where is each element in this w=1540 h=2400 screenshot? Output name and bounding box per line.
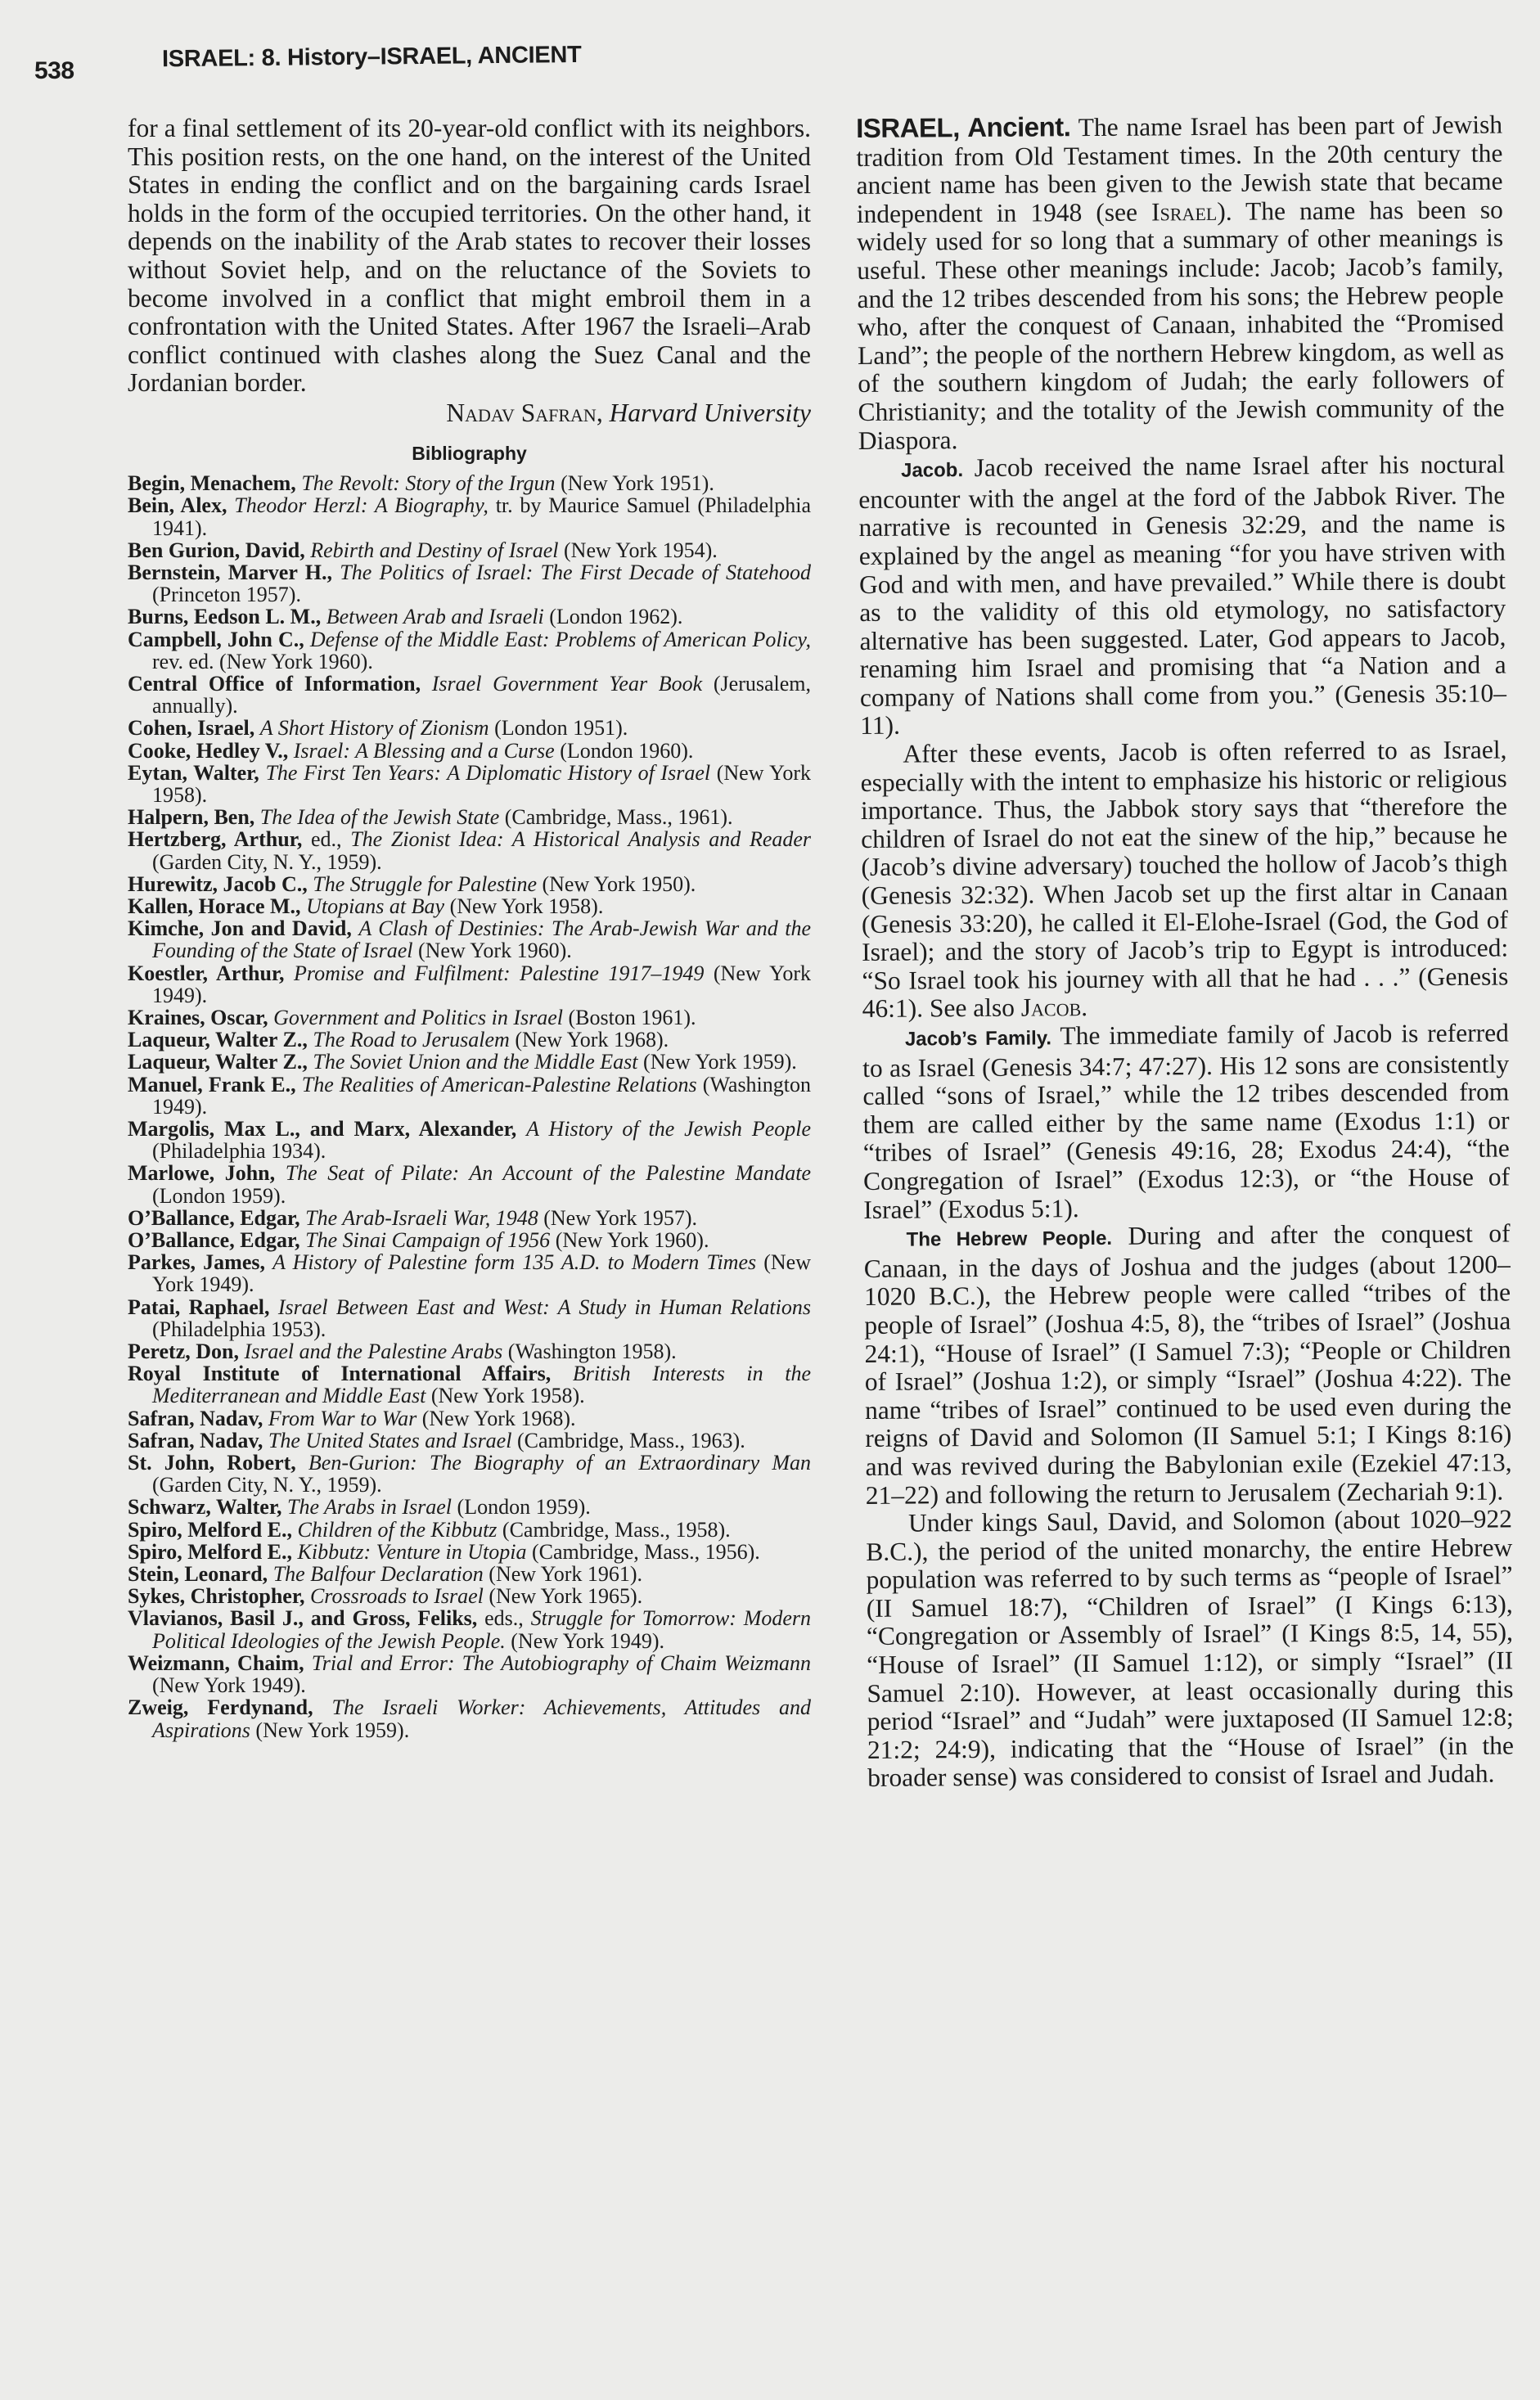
bib-author: Cooke, Hedley V., — [128, 739, 288, 763]
bib-publication: (Cambridge, Mass., 1961). — [505, 805, 733, 829]
bib-author: Patai, Raphael, — [128, 1295, 270, 1319]
bib-author: Laqueur, Walter Z., — [128, 1050, 308, 1074]
bibliography-entry: Cohen, Israel, A Short History of Zionis… — [128, 717, 811, 739]
bib-author: Kallen, Horace M., — [128, 894, 301, 918]
bib-author: Kimche, Jon and David, — [128, 916, 352, 940]
bib-title: Defense of the Middle East: Problems of … — [310, 628, 811, 651]
bib-author: Marlowe, John, — [128, 1161, 275, 1185]
bib-author: Koestler, Arthur, — [128, 961, 285, 985]
bibliography-entry: Peretz, Don, Israel and the Palestine Ar… — [128, 1340, 811, 1362]
bibliography-list: Begin, Menachem, The Revolt: Story of th… — [128, 472, 811, 1741]
bib-title: The Realities of American-Palestine Rela… — [302, 1073, 697, 1096]
bibliography-entry: Schwarz, Walter, The Arabs in Israel (Lo… — [128, 1496, 811, 1518]
bib-author: Cohen, Israel, — [128, 716, 254, 740]
bibliography-entry: Ben Gurion, David, Rebirth and Destiny o… — [128, 539, 811, 561]
bibliography-entry: St. John, Robert, Ben-Gurion: The Biogra… — [128, 1452, 811, 1496]
section-text: During and after the conquest of Canaan,… — [864, 1219, 1512, 1510]
section-hebrew-people-followup: Under kings Saul, David, and Solomon (ab… — [866, 1506, 1514, 1793]
bib-publication: (Cambridge, Mass., 1958). — [502, 1518, 731, 1542]
bib-author: Peretz, Don, — [128, 1340, 239, 1363]
bibliography-entry: Spiro, Melford E., Children of the Kibbu… — [128, 1519, 811, 1541]
bib-author: Bein, Alex, — [128, 493, 227, 517]
signature-separator: , — [597, 398, 610, 427]
bib-author: O’Ballance, Edgar, — [128, 1228, 300, 1252]
bib-publication: (Philadelphia 1934). — [152, 1139, 326, 1163]
bib-title: Ben-Gurion: The Biography of an Extraord… — [308, 1451, 811, 1475]
bibliography-entry: Safran, Nadav, The United States and Isr… — [128, 1430, 811, 1452]
sentence-end: . — [1081, 993, 1087, 1021]
bibliography-entry: Bernstein, Marver H., The Politics of Is… — [128, 561, 811, 606]
bib-title: Trial and Error: The Autobiography of Ch… — [312, 1651, 811, 1675]
section-jacob: Jacob. Jacob received the name Israel af… — [858, 451, 1506, 741]
bib-author: Burns, Eedson L. M., — [128, 605, 321, 628]
bib-publication: rev. ed. (New York 1960). — [152, 650, 373, 673]
bib-title: A History of Palestine form 135 A.D. to … — [272, 1250, 756, 1274]
bib-author: Schwarz, Walter, — [128, 1495, 282, 1519]
bib-author: Begin, Menachem, — [128, 471, 296, 495]
bib-publication: (New York 1960). — [556, 1228, 709, 1252]
bibliography-entry: Sykes, Christopher, Crossroads to Israel… — [128, 1585, 811, 1607]
bibliography-entry: Cooke, Hedley V., Israel: A Blessing and… — [128, 740, 811, 762]
left-column: for a final settlement of its 20-year-ol… — [128, 115, 811, 1741]
bib-title: The Sinai Campaign of 1956 — [305, 1228, 550, 1252]
bib-author: Hurewitz, Jacob C., — [128, 872, 308, 896]
bibliography-entry: O’Ballance, Edgar, The Sinai Campaign of… — [128, 1229, 811, 1251]
bib-author: St. John, Robert, — [128, 1451, 296, 1475]
bib-publication: (Garden City, N. Y., 1959). — [152, 850, 382, 874]
bib-publication: (Philadelphia 1953). — [152, 1317, 326, 1341]
section-heading-jacobs-family: Jacob’s Family. — [905, 1027, 1051, 1050]
bib-author: Royal Institute of International Affairs… — [128, 1362, 551, 1385]
bibliography-entry: Stein, Leonard, The Balfour Declaration … — [128, 1563, 811, 1585]
bib-title: The Idea of the Jewish State — [260, 805, 499, 829]
bib-publication: (New York 1954). — [564, 538, 718, 562]
bibliography-entry: Margolis, Max L., and Marx, Alexander, A… — [128, 1118, 811, 1162]
bib-title: The United States and Israel — [268, 1429, 512, 1452]
bib-author: Hertzberg, Arthur, — [128, 827, 302, 851]
bibliography-entry: Kallen, Horace M., Utopians at Bay (New … — [128, 895, 811, 917]
bib-title: The Arabs in Israel — [287, 1495, 452, 1519]
right-column: ISRAEL, Ancient. The name Israel has bee… — [856, 110, 1514, 1792]
bib-publication: (New York 1965). — [489, 1584, 642, 1608]
bibliography-entry: Kraines, Oscar, Government and Politics … — [128, 1006, 811, 1029]
bibliography-entry: Laqueur, Walter Z., The Soviet Union and… — [128, 1051, 811, 1073]
bib-publication: (New York 1951). — [561, 471, 714, 495]
bib-title: The First Ten Years: A Diplomatic Histor… — [265, 761, 710, 785]
signature-author: Nadav Safran — [446, 398, 596, 427]
bib-publication: (Cambridge, Mass., 1963). — [517, 1429, 745, 1452]
bibliography-entry: Zweig, Ferdynand, The Israeli Worker: Ac… — [128, 1696, 811, 1740]
bibliography-entry: O’Ballance, Edgar, The Arab-Israeli War,… — [128, 1207, 811, 1229]
bib-publication: (London 1962). — [549, 605, 682, 628]
bib-publication: (New York 1959). — [643, 1050, 797, 1074]
bibliography-entry: Begin, Menachem, The Revolt: Story of th… — [128, 472, 811, 494]
bib-title: Children of the Kibbutz — [298, 1518, 498, 1542]
bib-publication: (New York 1950). — [542, 872, 696, 896]
bib-publication: (London 1959). — [152, 1184, 286, 1208]
bib-publication: eds., — [484, 1606, 531, 1630]
bibliography-entry: Central Office of Information, Israel Go… — [128, 673, 811, 717]
bib-author: Laqueur, Walter Z., — [128, 1028, 308, 1051]
bibliography-entry: Koestler, Arthur, Promise and Fulfilment… — [128, 962, 811, 1006]
bib-title: The Revolt: Story of the Irgun — [301, 471, 555, 495]
bibliography-entry: Eytan, Walter, The First Ten Years: A Di… — [128, 762, 811, 806]
running-head: ISRAEL: 8. History–ISRAEL, ANCIENT — [162, 36, 1144, 74]
bib-author: Sykes, Christopher, — [128, 1584, 304, 1608]
bib-publication: (Washington 1958). — [508, 1340, 677, 1363]
bib-author: Weizmann, Chaim, — [128, 1651, 304, 1675]
bib-author: Kraines, Oscar, — [128, 1006, 268, 1029]
bib-title: A History of the Jewish People — [526, 1117, 811, 1141]
bib-publication: (Cambridge, Mass., 1956). — [532, 1540, 760, 1564]
bibliography-entry: Safran, Nadav, From War to War (New York… — [128, 1407, 811, 1430]
bibliography-entry: Parkes, James, A History of Palestine fo… — [128, 1251, 811, 1295]
bibliography-entry: Royal Institute of International Affairs… — [128, 1362, 811, 1407]
bib-author: Manuel, Frank E., — [128, 1073, 296, 1096]
article-title: ISRAEL, Ancient. — [856, 111, 1071, 143]
cross-reference-jacob[interactable]: Jacob — [1021, 993, 1082, 1023]
bib-author: Safran, Nadav, — [128, 1429, 263, 1452]
bib-title: Between Arab and Israeli — [326, 605, 544, 628]
bib-title: A Short History of Zionism — [260, 716, 489, 740]
section-heading-jacob: Jacob. — [901, 459, 963, 482]
bib-publication: (Boston 1961). — [568, 1006, 696, 1029]
bib-publication: (New York 1958). — [450, 894, 604, 918]
bib-publication: (New York 1968). — [515, 1028, 669, 1051]
bib-title: The Zionist Idea: A Historical Analysis … — [350, 827, 811, 851]
bibliography-entry: Marlowe, John, The Seat of Pilate: An Ac… — [128, 1162, 811, 1206]
bib-title: Government and Politics in Israel — [273, 1006, 563, 1029]
bib-publication: (New York 1959). — [255, 1718, 409, 1742]
bib-author: O’Ballance, Edgar, — [128, 1206, 300, 1230]
bib-publication: (New York 1957). — [543, 1206, 697, 1230]
bib-title: Israel Between East and West: A Study in… — [278, 1295, 811, 1319]
bib-author: Zweig, Ferdynand, — [128, 1695, 313, 1719]
bibliography-entry: Spiro, Melford E., Kibbutz: Venture in U… — [128, 1541, 811, 1563]
bib-title: Kibbutz: Venture in Utopia — [298, 1540, 527, 1564]
bib-title: Promise and Fulfilment: Palestine 1917–1… — [294, 961, 704, 985]
bib-publication: (New York 1958). — [431, 1384, 585, 1407]
bib-publication: (Princeton 1957). — [152, 583, 301, 606]
cross-reference-israel[interactable]: Israel — [1151, 197, 1217, 227]
section-jacob-followup: After these events, Jacob is often refer… — [860, 736, 1508, 1024]
section-text: Under kings Saul, David, and Solomon (ab… — [866, 1505, 1514, 1793]
bib-title: Rebirth and Destiny of Israel — [310, 538, 558, 562]
bib-publication: (London 1959). — [457, 1495, 591, 1519]
bib-author: Campbell, John C., — [128, 628, 304, 651]
bibliography-entry: Kimche, Jon and David, A Clash of Destin… — [128, 917, 811, 961]
section-heading-hebrew-people: The Hebrew People. — [907, 1227, 1113, 1251]
bib-title: The Arab-Israeli War, 1948 — [305, 1206, 538, 1230]
bibliography-entry: Hurewitz, Jacob C., The Struggle for Pal… — [128, 873, 811, 895]
bib-title: The Politics of Israel: The First Decade… — [340, 561, 811, 584]
bibliography-entry: Campbell, John C., Defense of the Middle… — [128, 628, 811, 673]
bib-title: Israel Government Year Book — [432, 672, 702, 696]
bib-title: The Balfour Declaration — [273, 1562, 484, 1586]
bibliography-entry: Manuel, Frank E., The Realities of Ameri… — [128, 1074, 811, 1118]
continuation-paragraph: for a final settlement of its 20-year-ol… — [128, 115, 811, 398]
bibliography-entry: Patai, Raphael, Israel Between East and … — [128, 1296, 811, 1340]
bib-title: Utopians at Bay — [306, 894, 444, 918]
bibliography-heading: Bibliography — [128, 439, 811, 468]
section-text: After these events, Jacob is often refer… — [861, 736, 1509, 1024]
bib-author: Spiro, Melford E., — [128, 1540, 292, 1564]
bibliography-entry: Hertzberg, Arthur, ed., The Zionist Idea… — [128, 828, 811, 872]
bib-author: Margolis, Max L., and Marx, Alexander, — [128, 1117, 516, 1141]
bib-title: Crossroads to Israel — [310, 1584, 484, 1608]
bib-author: Spiro, Melford E., — [128, 1518, 292, 1542]
bib-author: Eytan, Walter, — [128, 761, 259, 785]
bib-author: Bernstein, Marver H., — [128, 561, 332, 584]
bib-author: Vlavianos, Basil J., and Gross, Feliks, — [128, 1606, 477, 1630]
bibliography-entry: Halpern, Ben, The Idea of the Jewish Sta… — [128, 806, 811, 828]
bib-author: Parkes, James, — [128, 1250, 265, 1274]
bib-publication: (Garden City, N. Y., 1959). — [152, 1473, 382, 1497]
bib-title: Israel: A Blessing and a Curse — [294, 739, 555, 763]
section-jacobs-family: Jacob’s Family. The immediate family of … — [862, 1019, 1511, 1224]
bibliography-entry: Burns, Eedson L. M., Between Arab and Is… — [128, 606, 811, 628]
signature-affiliation: Harvard University — [610, 398, 811, 427]
section-text: Jacob received the name Israel after his… — [858, 450, 1506, 741]
bib-title: From War to War — [268, 1407, 417, 1430]
bib-title: The Soviet Union and the Middle East — [313, 1050, 637, 1074]
bib-publication: (New York 1949). — [511, 1629, 664, 1653]
bib-title: The Seat of Pilate: An Account of the Pa… — [286, 1161, 811, 1185]
bibliography-entry: Laqueur, Walter Z., The Road to Jerusale… — [128, 1029, 811, 1051]
bib-publication: ed., — [311, 827, 350, 851]
bib-author: Safran, Nadav, — [128, 1407, 263, 1430]
bib-author: Central Office of Information, — [128, 672, 421, 696]
section-hebrew-people: The Hebrew People. During and after the … — [863, 1220, 1511, 1510]
bib-author: Ben Gurion, David, — [128, 538, 305, 562]
article-signature: Nadav Safran, Harvard University — [128, 399, 811, 428]
bib-title: Israel and the Palestine Arabs — [244, 1340, 502, 1363]
bib-publication: (London 1960). — [560, 739, 693, 763]
bib-publication: (New York 1968). — [422, 1407, 576, 1430]
page-number: 538 — [34, 57, 74, 85]
intro-paragraph: ISRAEL, Ancient. The name Israel has bee… — [856, 110, 1505, 455]
intro-text-2: ). The name has been so widely used for … — [857, 195, 1505, 454]
bibliography-entry: Weizmann, Chaim, Trial and Error: The Au… — [128, 1652, 811, 1696]
bib-publication: (New York 1960). — [418, 939, 572, 962]
bib-publication: (New York 1961). — [489, 1562, 642, 1586]
bib-author: Stein, Leonard, — [128, 1562, 268, 1586]
bib-title: Theodor Herzl: A Biography, — [234, 493, 489, 517]
bib-title: The Struggle for Palestine — [313, 872, 537, 896]
bib-author: Halpern, Ben, — [128, 805, 254, 829]
bib-publication: (New York 1949). — [152, 1673, 306, 1697]
bibliography-entry: Vlavianos, Basil J., and Gross, Feliks, … — [128, 1607, 811, 1651]
bibliography-entry: Bein, Alex, Theodor Herzl: A Biography, … — [128, 494, 811, 538]
bib-title: The Road to Jerusalem — [313, 1028, 509, 1051]
bib-publication: (London 1951). — [494, 716, 628, 740]
